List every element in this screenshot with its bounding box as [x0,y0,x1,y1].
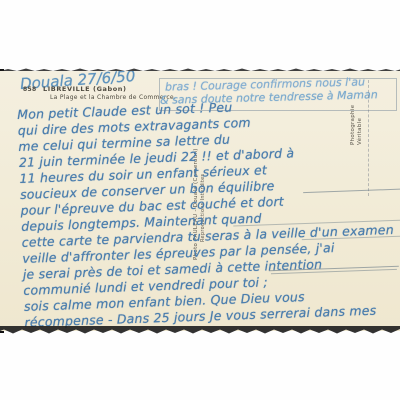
handwritten-message: Mon petit Claude est un sot ! Peuqui dir… [17,93,400,331]
postcard-back: Douala 27/6/50 858 LIBREVILLE (Gabon) La… [0,71,400,331]
postcard-scan: Douala 27/6/50 858 LIBREVILLE (Gabon) La… [0,0,400,400]
message-lines: Mon petit Claude est un sot ! Peuqui dir… [17,93,400,331]
card-number: 858 [23,86,36,93]
deckle-edge-bottom [0,326,400,337]
card-place-title: LIBREVILLE (Gabon) [43,85,127,93]
card-caption: La Plage et la Chambre de Commerce. [50,94,176,101]
